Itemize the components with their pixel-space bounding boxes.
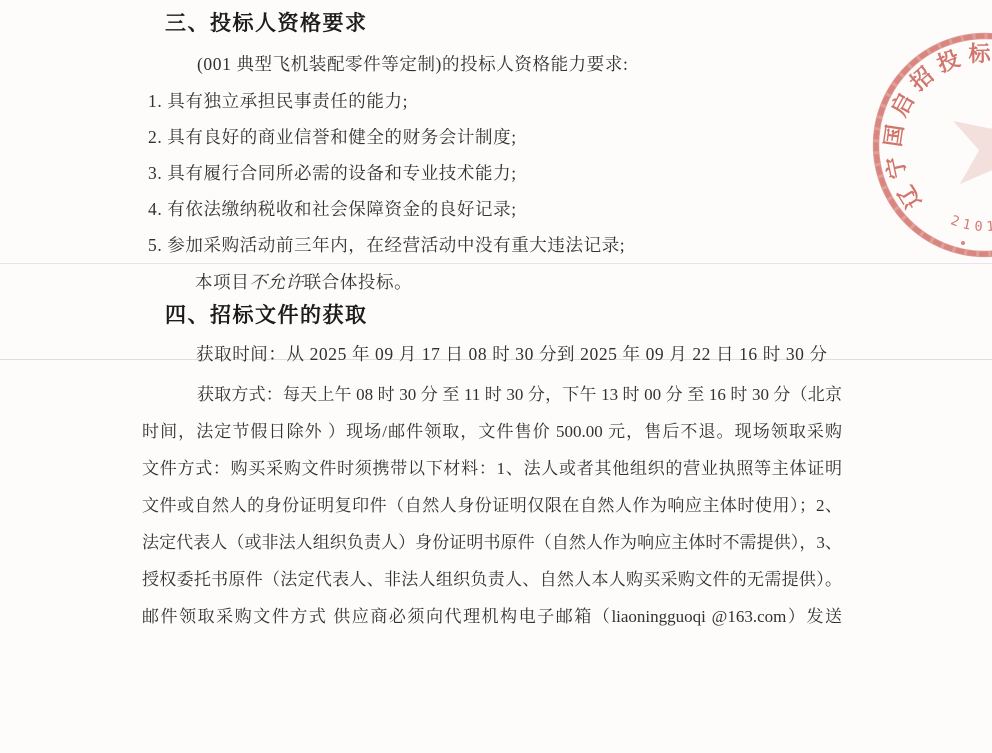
svg-text:2101: 2101 — [949, 212, 992, 235]
qualification-item-1: 1. 具有独立承担民事责任的能力; — [148, 90, 408, 113]
joint-bid-suffix: 联合体投标。 — [304, 272, 413, 292]
obtain-method-line-6: 授权委托书原件（法定代表人、非法人组织负责人、自然人本人购买采购文件的无需提供）… — [142, 568, 842, 594]
seal-ring-icon — [876, 36, 992, 254]
obtain-method-line-4: 文件或自然人的身份证明复印件（自然人身份证明仅限在自然人作为响应主体时使用）；2… — [142, 494, 842, 520]
section4-heading: 四、招标文件的获取 — [165, 304, 368, 328]
scan-artifact-line — [0, 263, 992, 264]
obtain-method-line-5: 法定代表人（或非法人组织负责人）身份证明书原件（自然人作为响应主体时不需提供），… — [142, 531, 842, 557]
seal-ring-texture-icon — [876, 36, 992, 254]
bidder-qualification-intro: (001 典型飞机装配零件等定制)的投标人资格能力要求: — [197, 53, 628, 76]
joint-bid-emphasis: 不允许 — [249, 272, 303, 292]
seal-dot-icon — [961, 241, 965, 245]
obtain-method-line-2: 时间，法定节假日除外 ）现场/邮件领取，文件售价 500.00 元，售后不退。现… — [142, 420, 842, 446]
obtain-method-line-3: 文件方式：购买采购文件时须携带以下材料：1、法人或者其他组织的营业执照等主体证明 — [142, 457, 842, 483]
seal-ring-text: 辽宁国启招投标代 — [880, 41, 992, 213]
qualification-item-3: 3. 具有履行合同所必需的设备和专业技术能力; — [148, 162, 517, 185]
obtain-method-line-1: 获取方式：每天上午 08 时 30 分 至 11 时 30 分，下午 13 时 … — [142, 383, 842, 409]
joint-bid-prefix: 本项目 — [195, 272, 249, 292]
qualification-item-4: 4. 有依法缴纳税收和社会保障资金的良好记录; — [148, 198, 517, 221]
seal-serial-number: 2101 — [949, 212, 992, 235]
joint-bid-statement: 本项目不允许联合体投标。 — [195, 271, 412, 294]
svg-text:辽宁国启招投标代: 辽宁国启招投标代 — [880, 41, 992, 213]
obtain-method-line-7: 邮件领取采购文件方式 供应商必须向代理机构电子邮箱（liaoningguoqi … — [142, 605, 842, 631]
qualification-item-2: 2. 具有良好的商业信誉和健全的财务会计制度; — [148, 126, 517, 149]
seal-star-icon — [953, 95, 992, 197]
section3-heading: 三、投标人资格要求 — [165, 12, 368, 36]
obtain-time-line: 获取时间：从 2025 年 09 月 17 日 08 时 30 分到 2025 … — [196, 343, 828, 366]
qualification-item-5: 5. 参加采购活动前三年内，在经营活动中没有重大违法记录; — [148, 234, 625, 257]
scanned-document-page: 三、投标人资格要求 (001 典型飞机装配零件等定制)的投标人资格能力要求: 1… — [0, 0, 992, 753]
